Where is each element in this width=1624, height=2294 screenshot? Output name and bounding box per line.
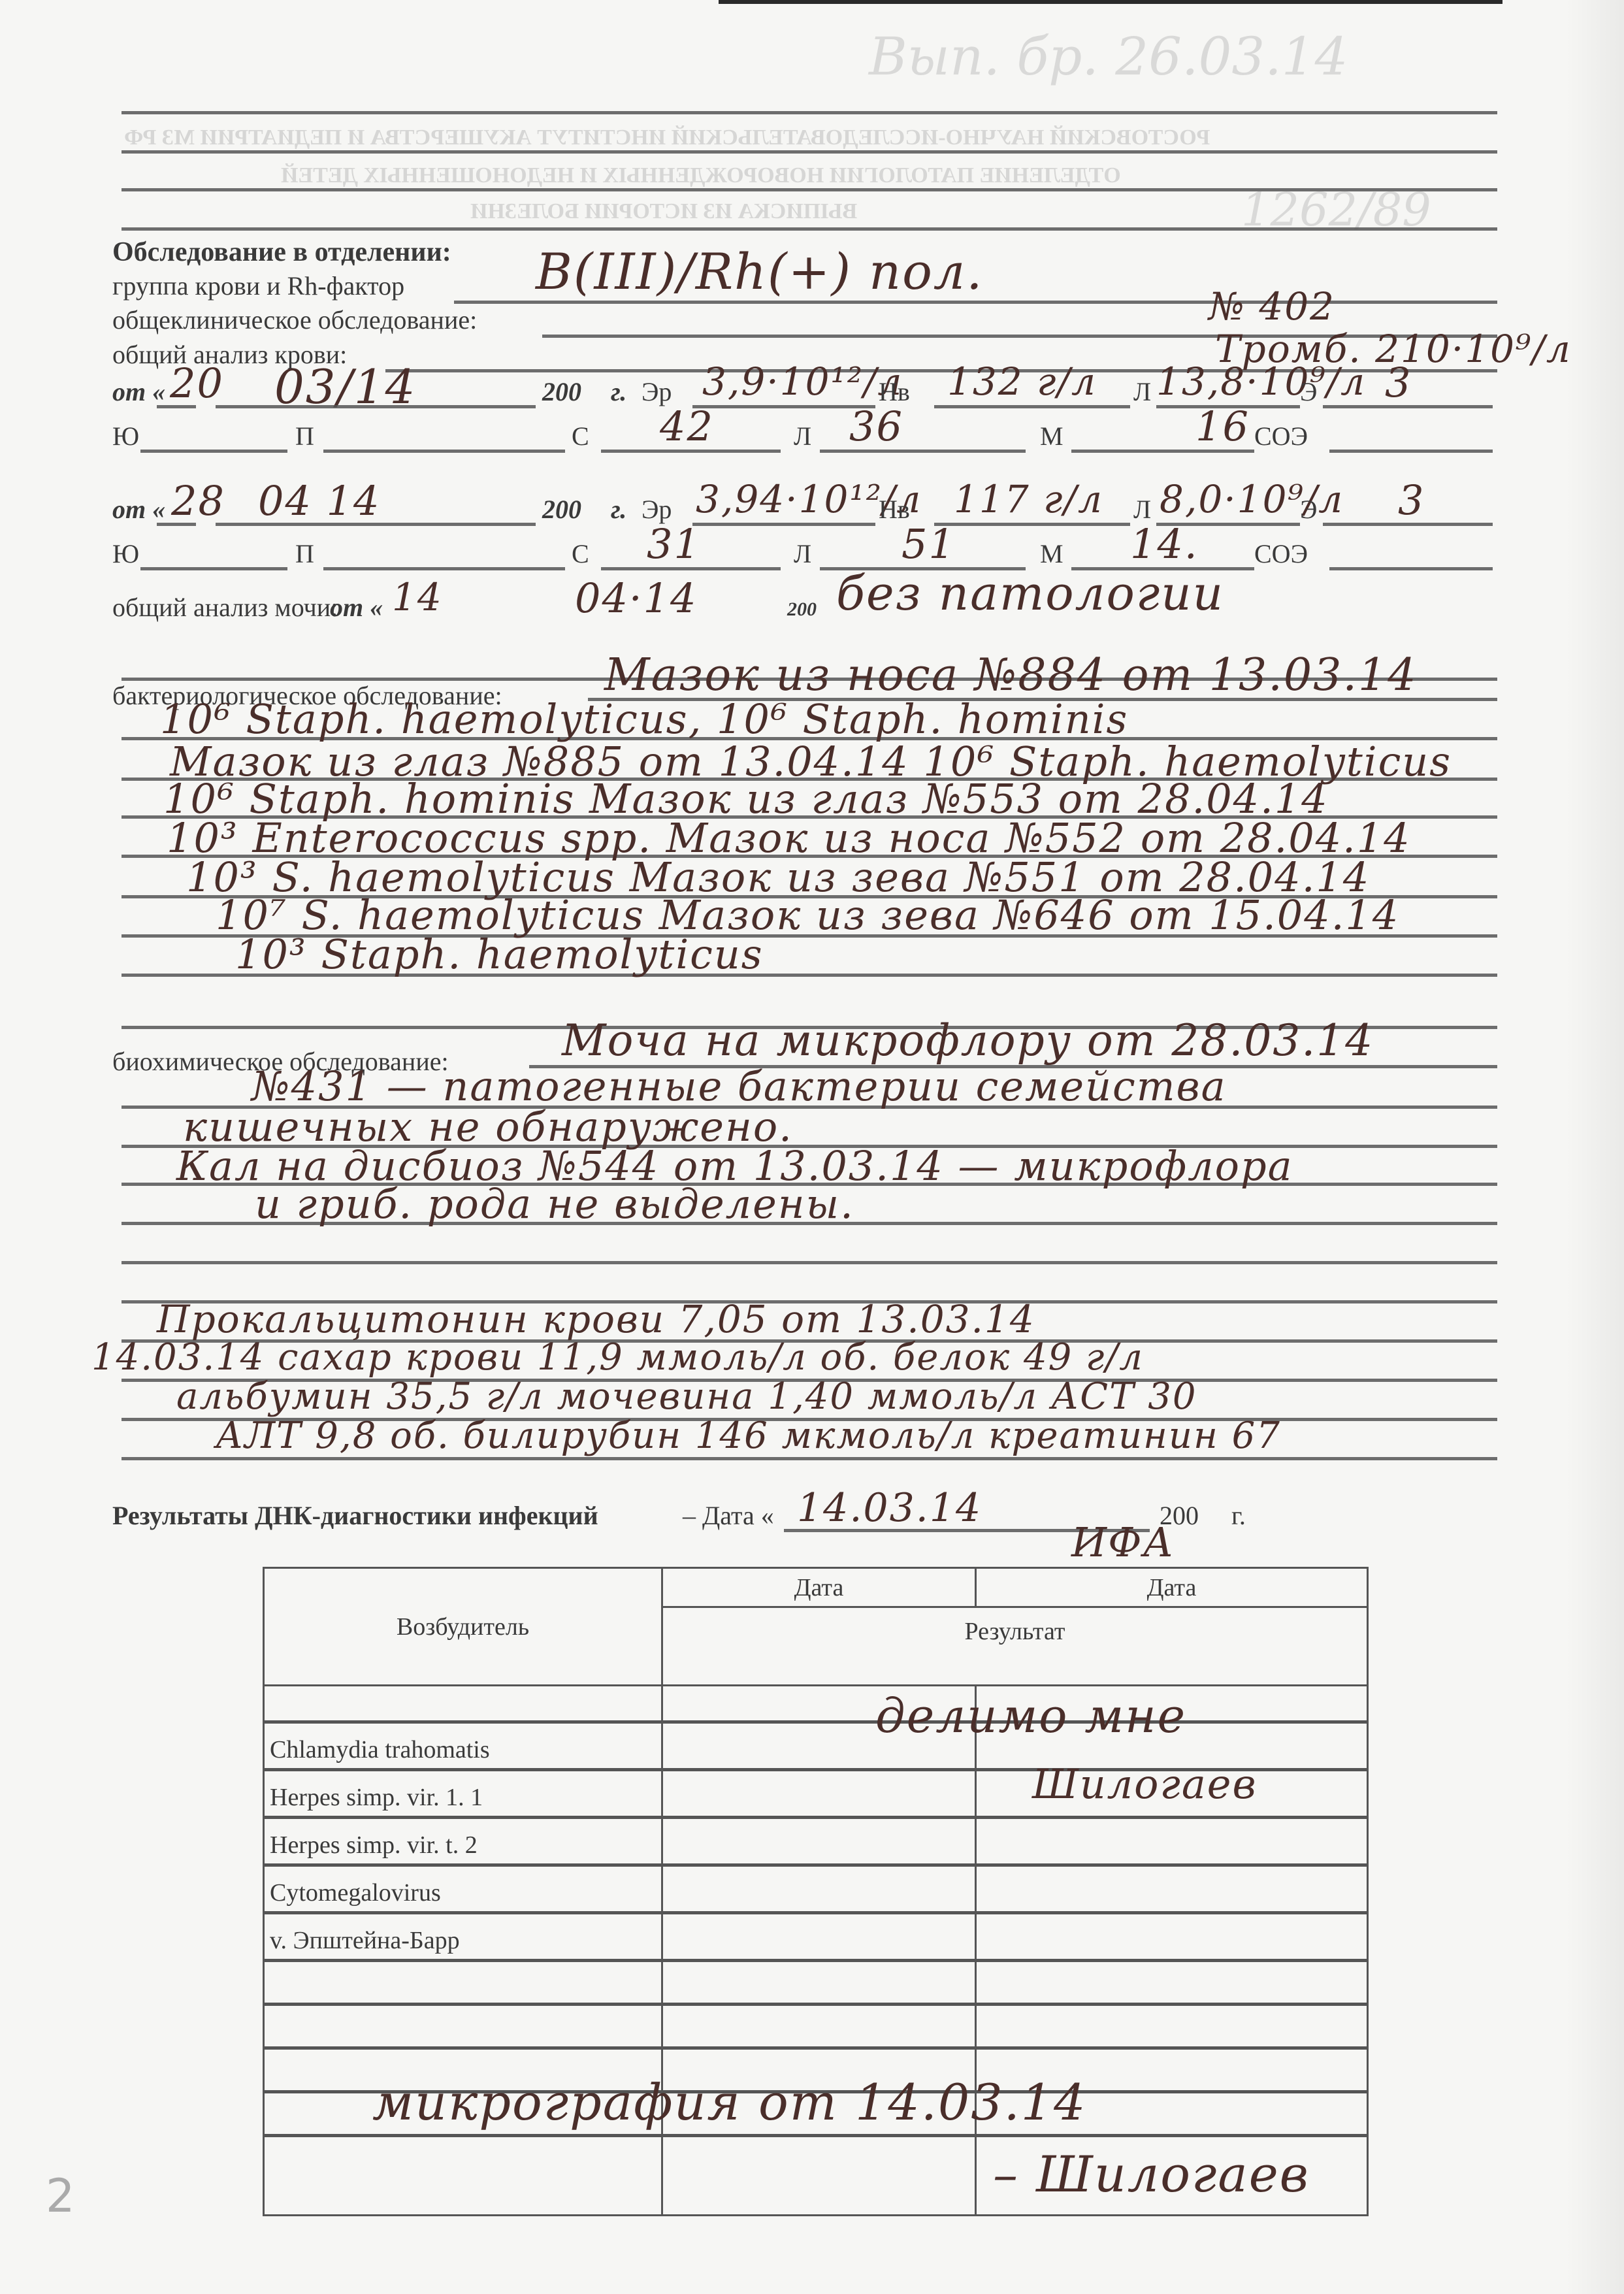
cbc-side-note-1[interactable]: № 402: [1209, 287, 1335, 325]
diff2-l[interactable]: 51: [901, 524, 956, 565]
diff2-l-label: Л: [794, 541, 811, 567]
biochemistry-line-8[interactable]: 14.03.14 сахар крови 11,9 ммоль/л об. бе…: [91, 1339, 1144, 1376]
diff1-s-label: С: [572, 423, 589, 450]
bacteriology-line-1[interactable]: Мазок из носа №884 от 13.03.14: [604, 653, 1418, 698]
cbc1-month-year[interactable]: 03/14: [274, 363, 417, 410]
scan-edge: [719, 0, 1502, 4]
dna-handwritten-result-2[interactable]: Шилогаев: [1032, 1764, 1258, 1805]
diff1-m[interactable]: 16: [1195, 406, 1250, 447]
table-row: [264, 1961, 1368, 2005]
biochemistry-line-2[interactable]: №431 — патогенные бактерии семейства: [252, 1066, 1227, 1107]
footer-note[interactable]: микрография от 14.03.14: [372, 2078, 1086, 2127]
biochemistry-line-10[interactable]: АЛТ 9,8 об. билирубин 146 мкмоль/л креат…: [216, 1418, 1281, 1454]
diff2-p-label: П: [295, 541, 314, 567]
table-row: [264, 2005, 1368, 2048]
cbc2-hb-label: Нв: [879, 497, 910, 523]
cbc2-year-suffix: г.: [611, 497, 626, 523]
pathogen-name: v. Эпштейна-Барр: [264, 1913, 662, 1961]
col-header-result: Результат: [662, 1607, 1368, 1686]
col-header-date-1: Дата: [662, 1568, 976, 1607]
diff1-m-label: М: [1040, 423, 1064, 450]
dna-label: Результаты ДНК-диагностики инфекций: [112, 1503, 598, 1529]
diff1-s[interactable]: 42: [660, 406, 714, 447]
biochemistry-line-7[interactable]: Прокальцитонин крови 7,05 от 13.03.14: [157, 1300, 1035, 1338]
blood-group-label: группа крови и Rh-фактор: [112, 273, 404, 299]
general-clinical-label: общеклиническое обследование:: [112, 307, 477, 333]
cbc1-e-label: Э: [1300, 379, 1317, 405]
table-row: Herpes simp. vir. t. 2: [264, 1818, 1368, 1865]
diff2-m-label: М: [1040, 541, 1064, 567]
diff1-yu-label: Ю: [112, 423, 139, 450]
cbc1-year-prefix: 200: [542, 379, 581, 405]
dna-handwritten-result-1[interactable]: делимо мне: [875, 1692, 1186, 1739]
diff2-soe-label: СОЭ: [1254, 541, 1308, 567]
bleedthrough-header-2: ОТДЕЛЕНИЕ ПАТОЛОГИИ НОВОРОЖДЕННЫХ И НЕДО…: [281, 163, 1121, 188]
urine-date[interactable]: 04·14: [575, 578, 698, 619]
pathogen-name: Herpes simp. vir. t. 2: [264, 1818, 662, 1865]
dna-date-label: – Дата «: [683, 1503, 774, 1529]
pathogen-name: Herpes simp. vir. 1. 1: [264, 1770, 662, 1818]
diff1-soe-label: СОЭ: [1254, 423, 1308, 450]
diff1-l[interactable]: 36: [849, 406, 903, 447]
diff2-s[interactable]: 31: [647, 524, 701, 565]
cbc2-year-prefix: 200: [542, 497, 581, 523]
biochemistry-line-1[interactable]: Моча на микрофлору от 28.03.14: [562, 1019, 1374, 1062]
dna-date-value[interactable]: 14.03.14: [797, 1488, 982, 1528]
col-header-date-2: Дата: [976, 1568, 1368, 1607]
biochemistry-line-5[interactable]: и гриб. рода не выделены.: [255, 1184, 854, 1224]
urine-year-prefix: 200: [787, 600, 817, 619]
bacteriology-line-7[interactable]: 10⁷ S. haemolyticus Мазок из зева №646 о…: [216, 895, 1399, 936]
dna-date-note[interactable]: ИФА: [1071, 1522, 1175, 1563]
blood-group-value[interactable]: B(III)/Rh(+) пол.: [536, 247, 983, 297]
pathogen-name: Cytomegalovirus: [264, 1865, 662, 1913]
bleedthrough-header-1: РОСТОВСКИЙ НАУЧНО-ИССЛЕДОВАТЕЛЬСКИЙ ИНСТ…: [124, 125, 1210, 150]
bacteriology-line-4[interactable]: 10⁶ Staph. hominis Мазок из глаз №553 от…: [163, 779, 1329, 819]
cbc1-l[interactable]: 13,8·10⁹/л: [1156, 363, 1366, 401]
cbc1-er[interactable]: 3,9·10¹²/л: [702, 363, 903, 401]
cbc2-hb[interactable]: 117 г/л: [954, 480, 1103, 518]
cbc1-e[interactable]: 3: [1385, 363, 1412, 403]
cbc2-month-year[interactable]: 04 14: [258, 481, 381, 521]
cbc2-from-label: от «: [112, 497, 165, 523]
paper-shadow: [1565, 0, 1624, 2294]
page-number: 2: [46, 2169, 75, 2223]
urine-value[interactable]: без патологии: [836, 570, 1224, 617]
bleedthrough-header-3: ВЫПИСКА ИЗ ИСТОРИИ БОЛЕЗНИ: [470, 199, 857, 224]
diff1-p-label: П: [295, 423, 314, 450]
cbc1-hb-label: Нв: [879, 379, 910, 405]
col-header-pathogen: Возбудитель: [264, 1568, 662, 1686]
biochemistry-line-9[interactable]: альбумин 35,5 г/л мочевина 1,40 ммоль/л …: [176, 1379, 1197, 1415]
cbc1-day[interactable]: 20: [170, 363, 224, 404]
diff2-yu-label: Ю: [112, 541, 139, 567]
cbc2-l-label: Л: [1133, 497, 1151, 523]
cbc1-hb[interactable]: 132 г/л: [947, 363, 1097, 401]
diff1-l-label: Л: [794, 423, 811, 450]
cbc2-e[interactable]: 3: [1398, 480, 1425, 521]
cbc1-l-label: Л: [1133, 379, 1151, 405]
cbc1-year-suffix: г.: [611, 379, 626, 405]
bacteriology-line-8[interactable]: 10³ Staph. haemolyticus: [235, 934, 764, 975]
bacteriology-line-5[interactable]: 10³ Enterococcus spp. Мазок из носа №552…: [167, 818, 1411, 859]
bacteriology-line-2[interactable]: 10⁶ Staph. haemolyticus, 10⁶ Staph. homi…: [160, 699, 1128, 740]
table-row: v. Эпштейна-Барр: [264, 1913, 1368, 1961]
urine-label: общий анализ мочи:: [112, 595, 338, 621]
pathogen-name: Chlamydia trahomatis: [264, 1722, 662, 1770]
diff2-s-label: С: [572, 541, 589, 567]
cbc1-from-label: от «: [112, 379, 165, 405]
table-row: Cytomegalovirus: [264, 1865, 1368, 1913]
signature[interactable]: – Шилогаев: [993, 2150, 1310, 2199]
cbc2-day[interactable]: 28: [171, 481, 225, 521]
urine-day[interactable]: 14: [392, 578, 443, 616]
cbc2-e-label: Э: [1300, 497, 1317, 523]
exam-heading: Обследование в отделении:: [112, 238, 451, 266]
urine-from-label: от «: [330, 595, 383, 621]
faint-top-note: Вып. бр. 26.03.14: [869, 26, 1348, 87]
biochemistry-line-3[interactable]: кишечных не обнаружено.: [183, 1107, 793, 1147]
diff2-m[interactable]: 14.: [1130, 524, 1199, 565]
cbc2-er-label: Эр: [641, 497, 672, 523]
cbc1-er-label: Эр: [641, 379, 672, 405]
dna-year-suffix: г.: [1231, 1503, 1246, 1529]
